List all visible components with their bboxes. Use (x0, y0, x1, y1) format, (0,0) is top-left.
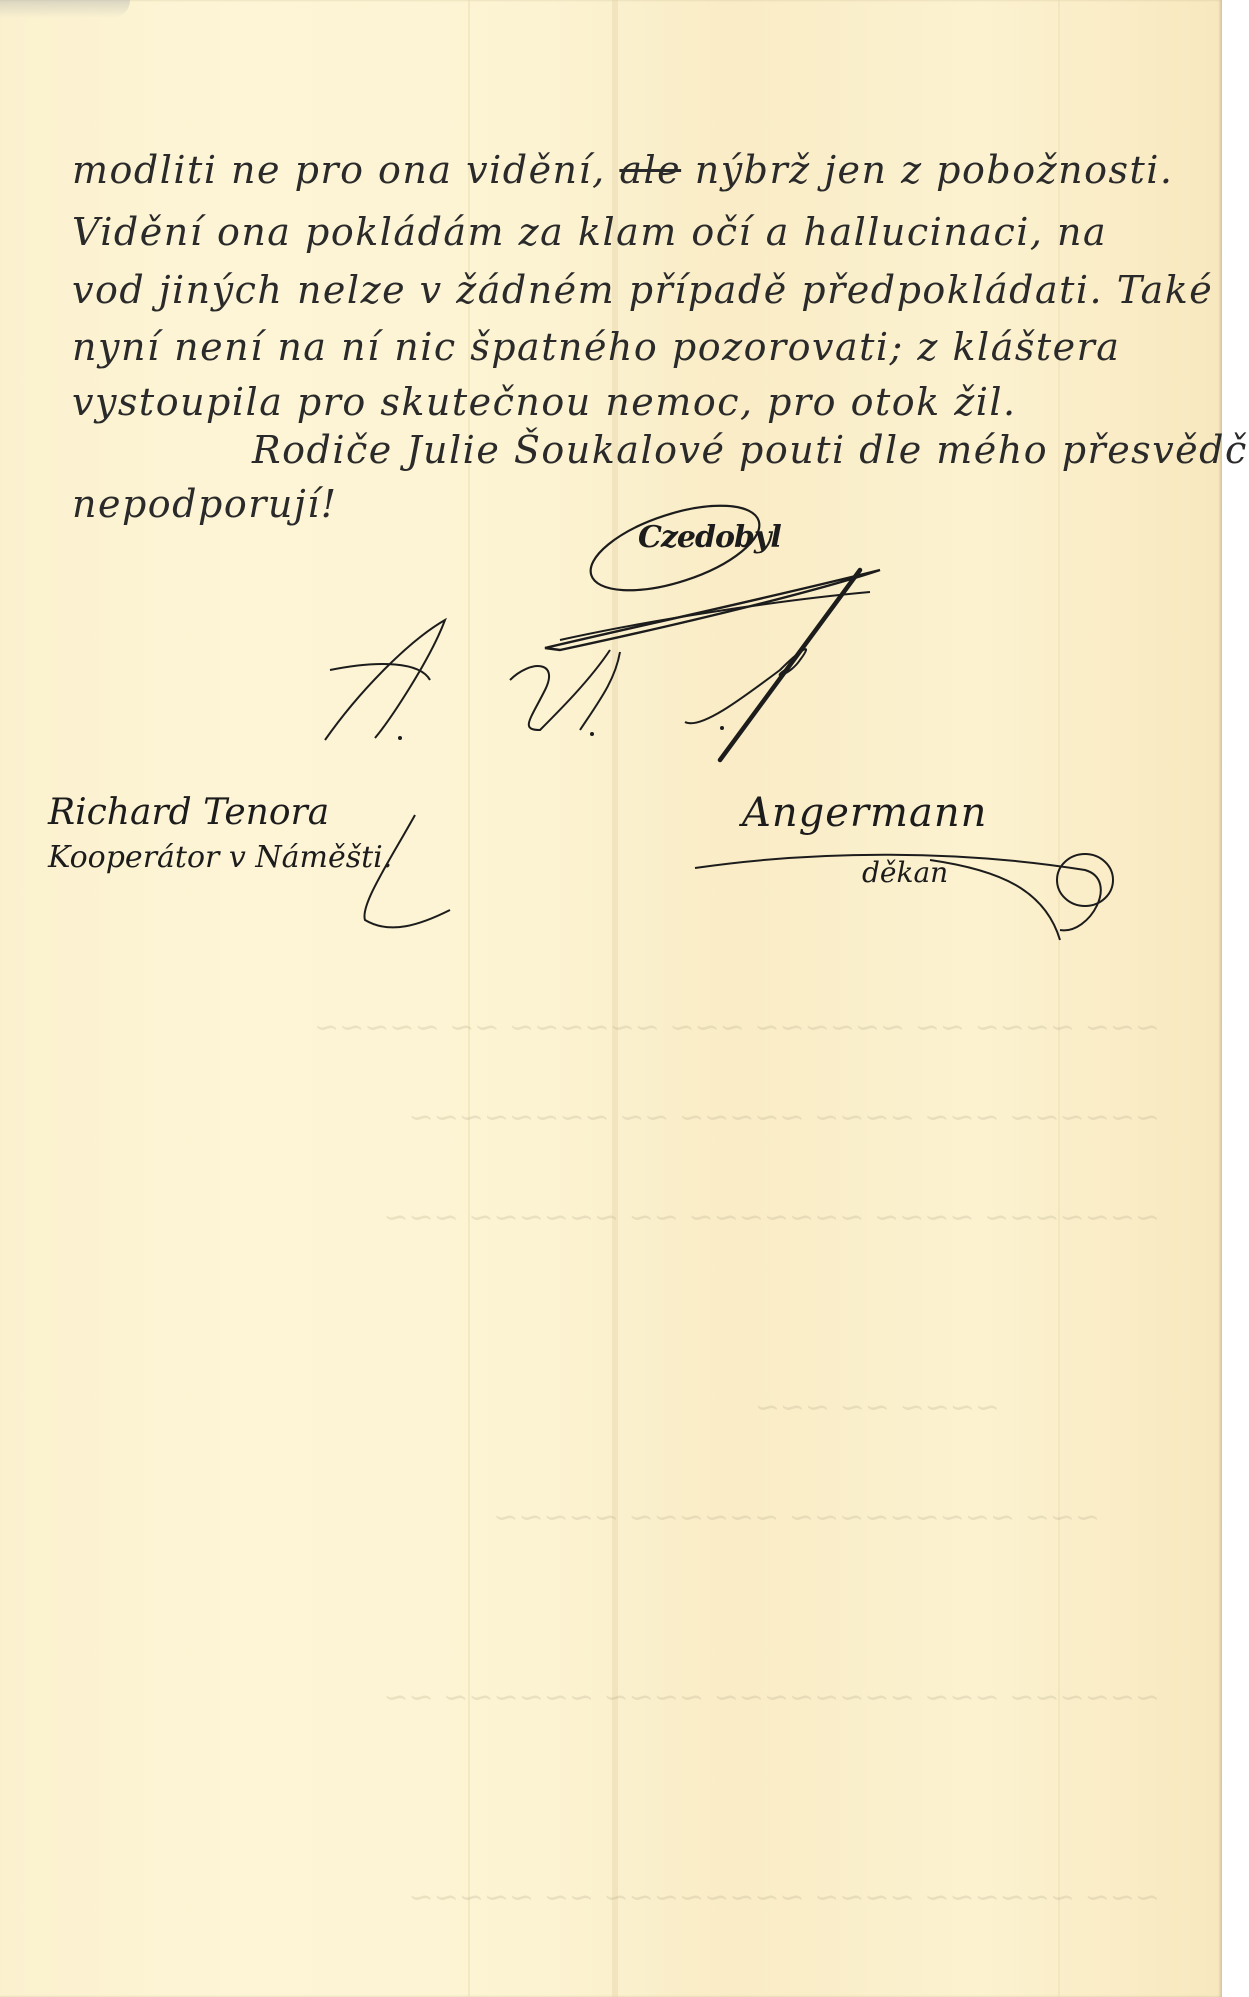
initial-s: S. (680, 650, 755, 740)
signatory-title-left: Kooperátor v Náměšti. (48, 840, 392, 875)
signatory-name-left: Richard Tenora (48, 792, 329, 833)
signatory-name-right: Angermann (742, 790, 987, 836)
signature-strokes (0, 0, 1249, 1997)
initial-a: A. (318, 650, 399, 740)
initial-u: U. (500, 650, 583, 740)
dean-signature: Czedobyl (638, 520, 781, 555)
signatory-title-right: děkan (862, 856, 948, 889)
